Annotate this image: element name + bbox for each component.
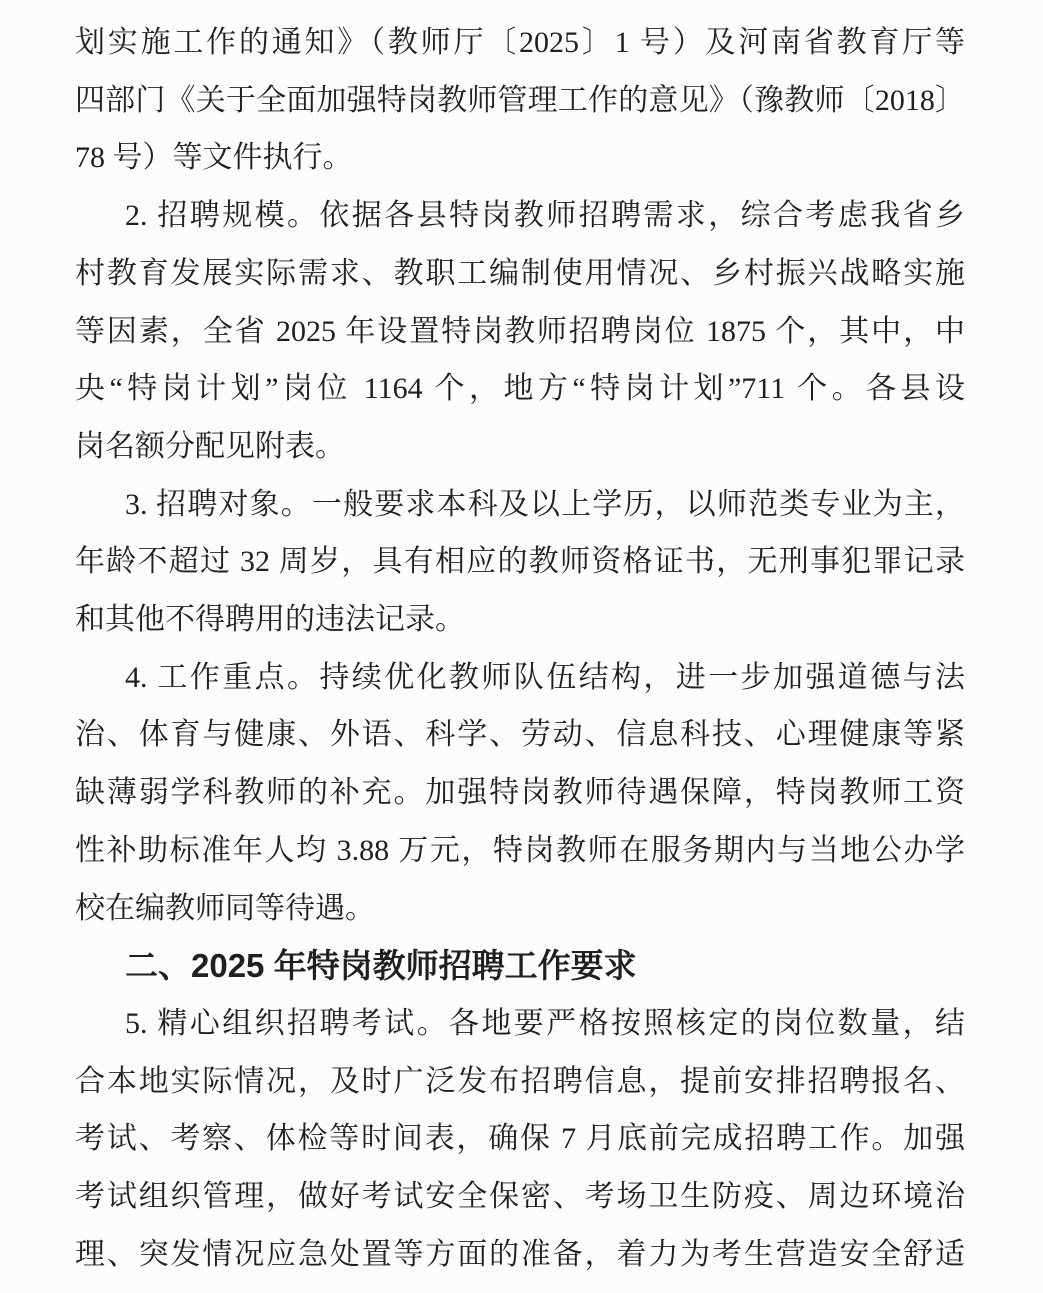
text-line: 合本地实际情况，及时广泛发布招聘信息，提前安排招聘报名、 [75,1053,965,1111]
text-line: 4. 工作重点。持续优化教师队伍结构，进一步加强道德与法 [75,649,965,707]
text-line: 性补助标准年人均 3.88 万元，特岗教师在服务期内与当地公办学 [75,822,965,880]
document-text-block: 划实施工作的通知》（教师厅〔2025〕1 号）及河南省教育厅等四部门《关于全面加… [75,14,965,1283]
text-line: 考试、考察、体检等时间表，确保 7 月底前完成招聘工作。加强 [75,1110,965,1168]
document-page: 划实施工作的通知》（教师厅〔2025〕1 号）及河南省教育厅等四部门《关于全面加… [0,0,1043,1293]
text-line: 央“特岗计划”岗位 1164 个，地方“特岗计划”711 个。各县设 [75,360,965,418]
text-line: 岗名额分配见附表。 [75,418,965,476]
text-line: 四部门《关于全面加强特岗教师管理工作的意见》（豫教师〔2018〕 [75,72,965,130]
text-line: 2. 招聘规模。依据各县特岗教师招聘需求，综合考虑我省乡 [75,187,965,245]
text-line: 年龄不超过 32 周岁，具有相应的教师资格证书，无刑事犯罪记录 [75,533,965,591]
text-line: 3. 招聘对象。一般要求本科及以上学历，以师范类专业为主， [75,476,965,534]
text-line: 缺薄弱学科教师的补充。加强特岗教师待遇保障，特岗教师工资 [75,764,965,822]
text-line: 划实施工作的通知》（教师厅〔2025〕1 号）及河南省教育厅等 [75,14,965,72]
text-line: 理、突发情况应急处置等方面的准备，着力为考生营造安全舒适 [75,1226,965,1284]
text-line: 和其他不得聘用的违法记录。 [75,591,965,649]
text-line: 治、体育与健康、外语、科学、劳动、信息科技、心理健康等紧 [75,706,965,764]
text-line: 78 号）等文件执行。 [75,129,965,187]
text-line: 村教育发展实际需求、教职工编制使用情况、乡村振兴战略实施 [75,245,965,303]
text-line: 校在编教师同等待遇。 [75,880,965,938]
section-heading: 二、2025 年特岗教师招聘工作要求 [75,937,965,995]
text-line: 等因素，全省 2025 年设置特岗教师招聘岗位 1875 个，其中，中 [75,303,965,361]
text-line: 5. 精心组织招聘考试。各地要严格按照核定的岗位数量，结 [75,995,965,1053]
text-line: 考试组织管理，做好考试安全保密、考场卫生防疫、周边环境治 [75,1168,965,1226]
